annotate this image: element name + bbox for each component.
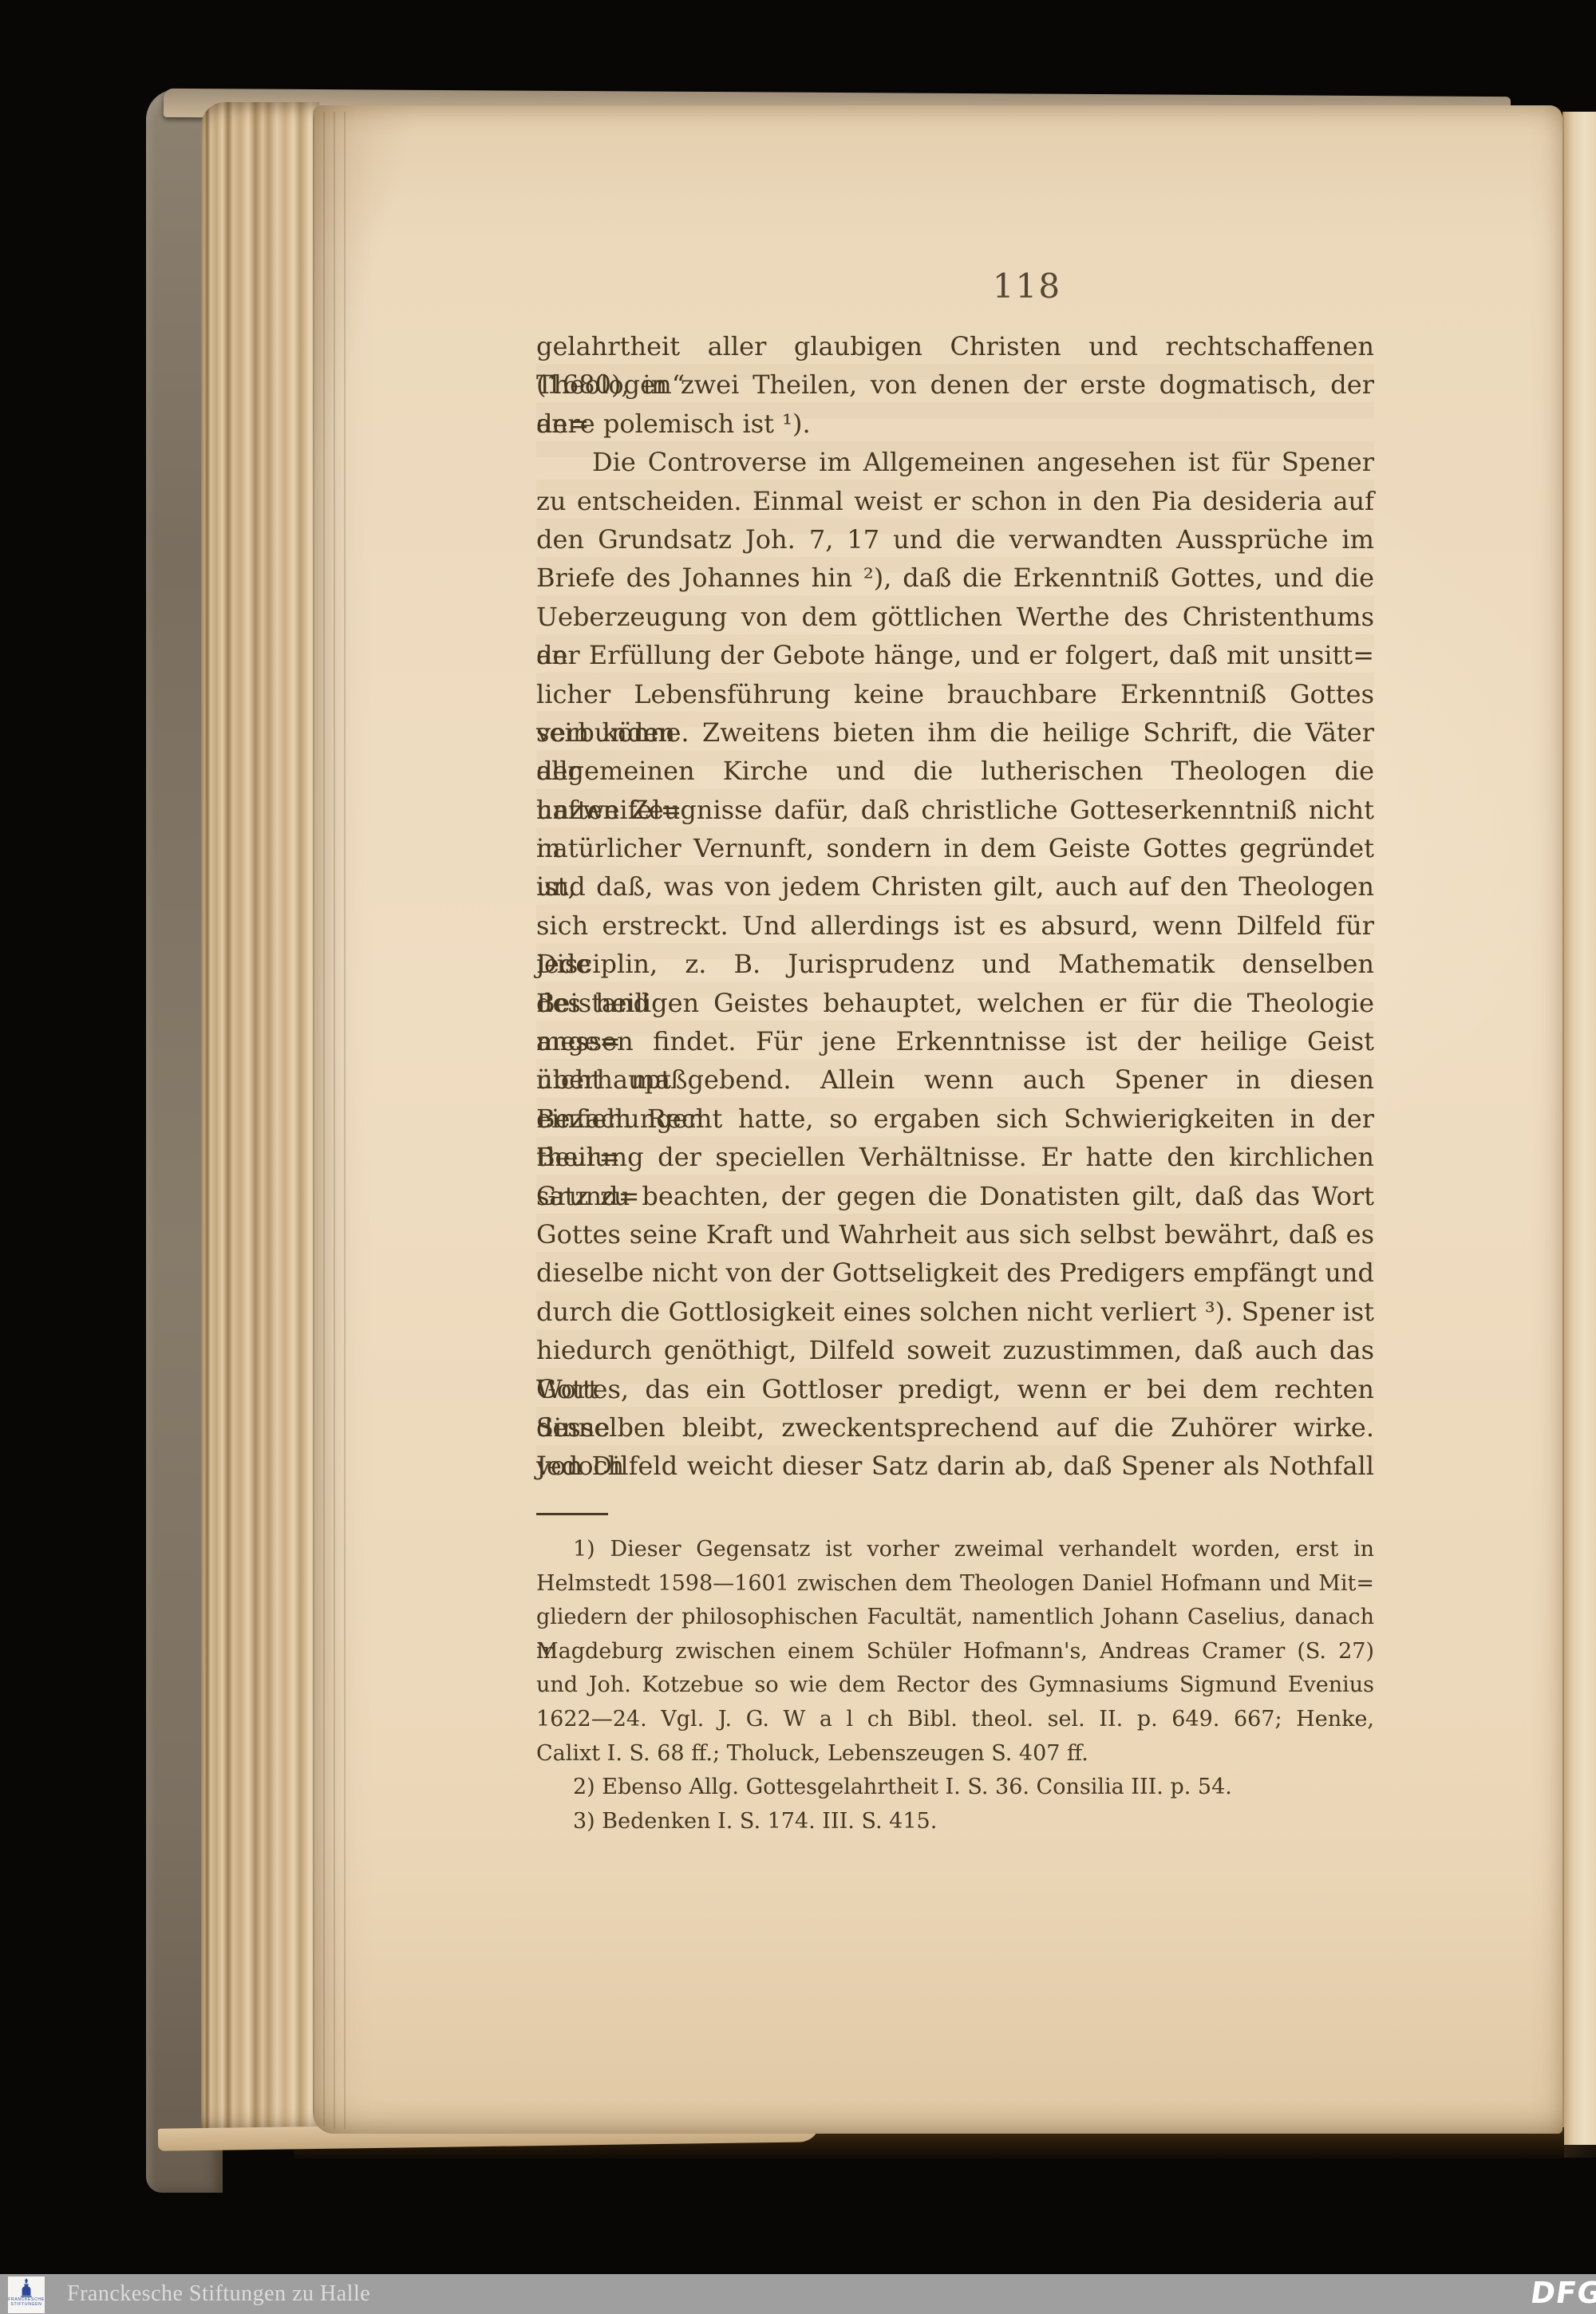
text-line: (1680), in zwei Theilen, von denen der e… bbox=[536, 365, 1374, 404]
text-line: 1) Dieser Gegensatz ist vorher zweimal v… bbox=[536, 1533, 1374, 1567]
institution-logo: FRANCKESCHE STIFTUNGEN bbox=[8, 2276, 45, 2313]
institution-name: Franckesche Stiftungen zu Halle bbox=[67, 2274, 370, 2314]
text-line: Ueberzeugung von dem göttlichen Werthe d… bbox=[536, 598, 1374, 636]
dfg-logo: DFG bbox=[1527, 2274, 1596, 2314]
text-line: Gottes, das ein Gottloser predigt, wenn … bbox=[536, 1370, 1374, 1408]
text-line: Briefe des Johannes hin ²), daß die Erke… bbox=[536, 559, 1374, 597]
text-line: dere polemisch ist ¹). bbox=[536, 405, 1374, 443]
adjacent-page-edge bbox=[1562, 112, 1596, 2145]
text-line: zu entscheiden. Einmal weist er schon in… bbox=[536, 482, 1374, 520]
text-line: 2) Ebenso Allg. Gottesgelahrtheit I. S. … bbox=[536, 1771, 1374, 1805]
text-line: einfach Recht hatte, so ergaben sich Sch… bbox=[536, 1100, 1374, 1138]
text-line: 3) Bedenken I. S. 174. III. S. 415. bbox=[536, 1805, 1374, 1839]
text-line: Magdeburg zwischen einem Schüler Hofmann… bbox=[536, 1635, 1374, 1669]
text-line: von Dilfeld weicht dieser Satz darin ab,… bbox=[536, 1447, 1374, 1485]
text-line: theilung der speciellen Verhältnisse. Er… bbox=[536, 1138, 1374, 1176]
text-line: nicht maßgebend. Allein wenn auch Spener… bbox=[536, 1060, 1374, 1099]
page-fore-edges bbox=[201, 102, 319, 2132]
text-line: natürlicher Vernunft, sondern in dem Gei… bbox=[536, 829, 1374, 867]
text-line: sich erstreckt. Und allerdings ist es ab… bbox=[536, 906, 1374, 945]
text-line: allgemeinen Kirche und die lutherischen … bbox=[536, 752, 1374, 790]
text-line: hiedurch genöthigt, Dilfeld soweit zuzus… bbox=[536, 1331, 1374, 1369]
text-line: Calixt I. S. 68 ff.; Tholuck, Lebenszeug… bbox=[536, 1737, 1374, 1771]
logo-caption-line2: STIFTUNGEN bbox=[11, 2302, 42, 2307]
text-line: Disciplin, z. B. Jurisprudenz und Mathem… bbox=[536, 945, 1374, 983]
text-line: Helmstedt 1598—1601 zwischen dem Theolog… bbox=[536, 1567, 1374, 1601]
page-number: 118 bbox=[967, 267, 1087, 306]
text-line: messen findet. Für jene Erkenntnisse ist… bbox=[536, 1022, 1374, 1060]
text-line: und Joh. Kotzebue so wie dem Rector des … bbox=[536, 1668, 1374, 1703]
text-line: des heiligen Geistes behauptet, welchen … bbox=[536, 984, 1374, 1022]
text-line: desselben bleibt, zweckentsprechend auf … bbox=[536, 1408, 1374, 1447]
footnotes: 1) Dieser Gegensatz ist vorher zweimal v… bbox=[536, 1533, 1374, 1838]
text-line: Gottes seine Kraft und Wahrheit aus sich… bbox=[536, 1215, 1374, 1254]
text-line: 1622—24. Vgl. J. G. W a l ch Bibl. theol… bbox=[536, 1703, 1374, 1737]
text-line: gelahrtheit aller glaubigen Christen und… bbox=[536, 327, 1374, 365]
text-line: durch die Gottlosigkeit eines solchen ni… bbox=[536, 1293, 1374, 1331]
text-line: den Grundsatz Joh. 7, 17 und die verwand… bbox=[536, 520, 1374, 559]
francke-emblem-icon bbox=[19, 2278, 34, 2297]
text-line: der Erfüllung der Gebote hänge, und er f… bbox=[536, 636, 1374, 674]
page-gutter-streaks bbox=[313, 112, 354, 2129]
text-line: gliedern der philosophischen Facultät, n… bbox=[536, 1601, 1374, 1635]
text-line: und daß, was von jedem Christen gilt, au… bbox=[536, 867, 1374, 906]
footnote-separator-rule bbox=[536, 1513, 608, 1515]
text-line: sein könne. Zweitens bieten ihm die heil… bbox=[536, 713, 1374, 752]
viewer-canvas: { "page": { "number": "118", "main_lines… bbox=[0, 0, 1596, 2314]
text-line: licher Lebensführung keine brauchbare Er… bbox=[536, 675, 1374, 713]
text-line: dieselbe nicht von der Gottseligkeit des… bbox=[536, 1254, 1374, 1292]
text-line: Die Controverse im Allgemeinen angesehen… bbox=[536, 443, 1374, 481]
text-line: haften Zeugnisse dafür, daß christliche … bbox=[536, 791, 1374, 829]
text-line: satz zu beachten, der gegen die Donatist… bbox=[536, 1177, 1374, 1215]
page-text: gelahrtheit aller glaubigen Christen und… bbox=[536, 327, 1374, 1486]
